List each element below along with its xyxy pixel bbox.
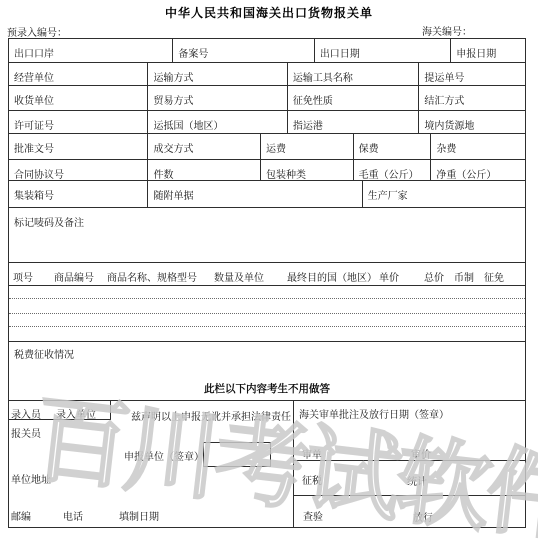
footer-customs-section: 海关审单批注及放行日期（签章） 审单 审价 征税 统计 查验 放行	[294, 401, 525, 527]
field-transaction-mode[interactable]: 成交方式	[148, 134, 261, 159]
field-freight[interactable]: 运费	[261, 134, 354, 159]
transport-name-label: 运输工具名称	[293, 73, 353, 85]
currency-header: 币制	[454, 269, 474, 284]
field-contract-number[interactable]: 合同协议号	[9, 160, 148, 180]
field-approval-number[interactable]: 批准文号	[9, 134, 148, 159]
declaration-statement: 兹声明以上申报无讹并承担法律责任	[131, 408, 291, 423]
misc-fees-label: 杂费	[436, 144, 456, 156]
freight-label: 运费	[266, 144, 286, 156]
item-answer-row-2[interactable]	[9, 299, 525, 314]
taxation-label: 征税	[302, 472, 322, 487]
field-container-number[interactable]: 集装箱号	[9, 181, 148, 207]
field-misc-fees[interactable]: 杂费	[431, 134, 525, 159]
field-operating-unit[interactable]: 经营单位	[9, 63, 148, 85]
inspection-label: 查验	[303, 508, 323, 523]
statistics-label: 统计	[407, 473, 427, 488]
declarant-label: 报关员	[11, 425, 41, 440]
declare-date-label: 申报日期	[456, 49, 496, 61]
destination-port-label: 指运港	[293, 121, 323, 133]
tax-collection-label: 税费征收情况	[14, 346, 74, 361]
unit-price-header: 单价	[379, 269, 399, 284]
record-number-label: 备案号	[178, 49, 208, 61]
form-row-1: 出口口岸 备案号 出口日期 申报日期	[9, 39, 525, 63]
form-row-7: 集装箱号 随附单据 生产厂家	[9, 181, 525, 208]
levy-exempt-header: 征免	[484, 269, 504, 284]
phone-label: 电话	[63, 508, 83, 523]
license-number-label: 许可证号	[14, 121, 54, 133]
release-label: 放行	[413, 509, 433, 524]
form-row-6: 合同协议号 件数 包装种类 毛重（公斤） 净重（公斤）	[9, 160, 525, 181]
price-review-label: 审价	[411, 446, 431, 461]
attached-documents-label: 随附单据	[153, 191, 193, 203]
field-insurance[interactable]: 保费	[354, 134, 432, 159]
entry-unit-label: 录入单位	[56, 406, 96, 421]
declaration-form-page: 中华人民共和国海关出口货物报关单 预录入编号： 海关编号： 出口口岸 备案号 出…	[0, 0, 538, 541]
field-transport-mode[interactable]: 运输方式	[148, 63, 287, 85]
quantity-unit-header: 数量及单位	[214, 269, 264, 284]
field-arrival-country[interactable]: 运抵国（地区）	[148, 111, 287, 133]
field-transport-name[interactable]: 运输工具名称	[288, 63, 419, 85]
inspection-release-cell: 查验 放行	[294, 496, 525, 527]
doc-review-label: 审单	[302, 446, 322, 461]
entry-clerk-label: 录入员	[11, 406, 41, 421]
field-trade-mode[interactable]: 贸易方式	[148, 86, 287, 110]
field-receiving-unit[interactable]: 收货单位	[9, 86, 148, 110]
marks-remarks-label: 标记唛码及备注	[14, 218, 84, 230]
insurance-label: 保费	[359, 144, 379, 156]
field-marks-remarks[interactable]: 标记唛码及备注	[9, 208, 525, 263]
customs-number-label: 海关编号：	[422, 23, 472, 38]
final-destination-header: 最终目的国（地区）	[287, 269, 377, 284]
field-net-weight[interactable]: 净重（公斤）	[431, 160, 525, 180]
item-no-header: 项号	[13, 269, 33, 284]
field-gross-weight[interactable]: 毛重（公斤）	[354, 160, 432, 180]
item-answer-row-1[interactable]	[9, 286, 525, 299]
field-package-count[interactable]: 件数	[148, 160, 261, 180]
field-export-port[interactable]: 出口口岸	[9, 39, 173, 62]
levy-nature-label: 征免性质	[293, 96, 333, 108]
commodity-code-header: 商品编号	[54, 269, 94, 284]
footer-declarant-section: 录入员 录入单位 兹声明以上申报无讹并承担法律责任 报关员 申报单位（签章） 单…	[9, 401, 294, 527]
field-manufacturer[interactable]: 生产厂家	[363, 181, 525, 207]
page-title: 中华人民共和国海关出口货物报关单	[0, 4, 538, 21]
form-row-4: 许可证号 运抵国（地区） 指运港 境内货源地	[9, 111, 525, 134]
approval-number-label: 批准文号	[14, 144, 54, 156]
unit-address-label: 单位地址	[11, 471, 51, 486]
field-tax-collection[interactable]: 税费征收情况 此栏以下内容考生不用做答	[9, 342, 525, 401]
field-package-type[interactable]: 包装种类	[261, 160, 354, 180]
operating-unit-label: 经营单位	[14, 73, 54, 85]
bill-number-label: 提运单号	[424, 73, 464, 85]
receiving-unit-label: 收货单位	[14, 96, 54, 108]
item-answer-row-4[interactable]	[9, 327, 525, 342]
field-record-number[interactable]: 备案号	[173, 39, 314, 62]
customs-review-cell: 海关审单批注及放行日期（签章） 审单 审价	[294, 401, 525, 461]
declare-unit-label: 申报单位（签章）	[124, 448, 204, 463]
transaction-mode-label: 成交方式	[153, 144, 193, 156]
entry-clerk-cell[interactable]: 录入员 录入单位	[9, 401, 111, 420]
form-row-2: 经营单位 运输方式 运输工具名称 提运单号	[9, 63, 525, 86]
export-port-label: 出口口岸	[14, 49, 54, 61]
form-row-3: 收货单位 贸易方式 征免性质 结汇方式	[9, 86, 525, 111]
field-license-number[interactable]: 许可证号	[9, 111, 148, 133]
transport-mode-label: 运输方式	[153, 73, 193, 85]
item-answer-row-3[interactable]	[9, 314, 525, 327]
field-levy-nature[interactable]: 征免性质	[288, 86, 419, 110]
trade-mode-label: 贸易方式	[153, 96, 193, 108]
form-footer: 录入员 录入单位 兹声明以上申报无讹并承担法律责任 报关员 申报单位（签章） 单…	[9, 401, 525, 527]
field-declare-date[interactable]: 申报日期	[451, 39, 525, 62]
declaration-form-grid: 出口口岸 备案号 出口日期 申报日期 经营单位 运输方式 运输工具名称 提运单号…	[8, 38, 526, 528]
settlement-mode-label: 结汇方式	[424, 96, 464, 108]
exam-note: 此栏以下内容考生不用做答	[9, 381, 525, 396]
form-row-5: 批准文号 成交方式 运费 保费 杂费	[9, 134, 525, 160]
field-export-date[interactable]: 出口日期	[315, 39, 451, 62]
fill-date-label: 填制日期	[119, 508, 159, 523]
manufacturer-label: 生产厂家	[368, 191, 408, 203]
container-number-label: 集装箱号	[14, 191, 54, 203]
field-destination-port[interactable]: 指运港	[288, 111, 419, 133]
declare-unit-seal-box[interactable]	[203, 442, 271, 467]
commodity-name-header: 商品名称、规格型号	[107, 269, 197, 284]
postcode-label: 邮编	[11, 508, 31, 523]
items-header-row: 项号 商品编号 商品名称、规格型号 数量及单位 最终目的国（地区） 单价 总价 …	[9, 263, 525, 286]
arrival-country-label: 运抵国（地区）	[153, 121, 223, 133]
total-price-header: 总价	[424, 269, 444, 284]
field-domestic-source[interactable]: 境内货源地	[419, 111, 525, 133]
domestic-source-label: 境内货源地	[424, 121, 474, 133]
field-settlement-mode[interactable]: 结汇方式	[419, 86, 525, 110]
field-bill-number[interactable]: 提运单号	[419, 63, 525, 85]
pre-entry-number-label: 预录入编号：	[7, 24, 67, 39]
export-date-label: 出口日期	[320, 49, 360, 61]
customs-review-label: 海关审单批注及放行日期（签章）	[299, 406, 449, 421]
taxation-statistics-cell: 征税 统计	[294, 461, 525, 496]
field-attached-documents[interactable]: 随附单据	[148, 181, 362, 207]
